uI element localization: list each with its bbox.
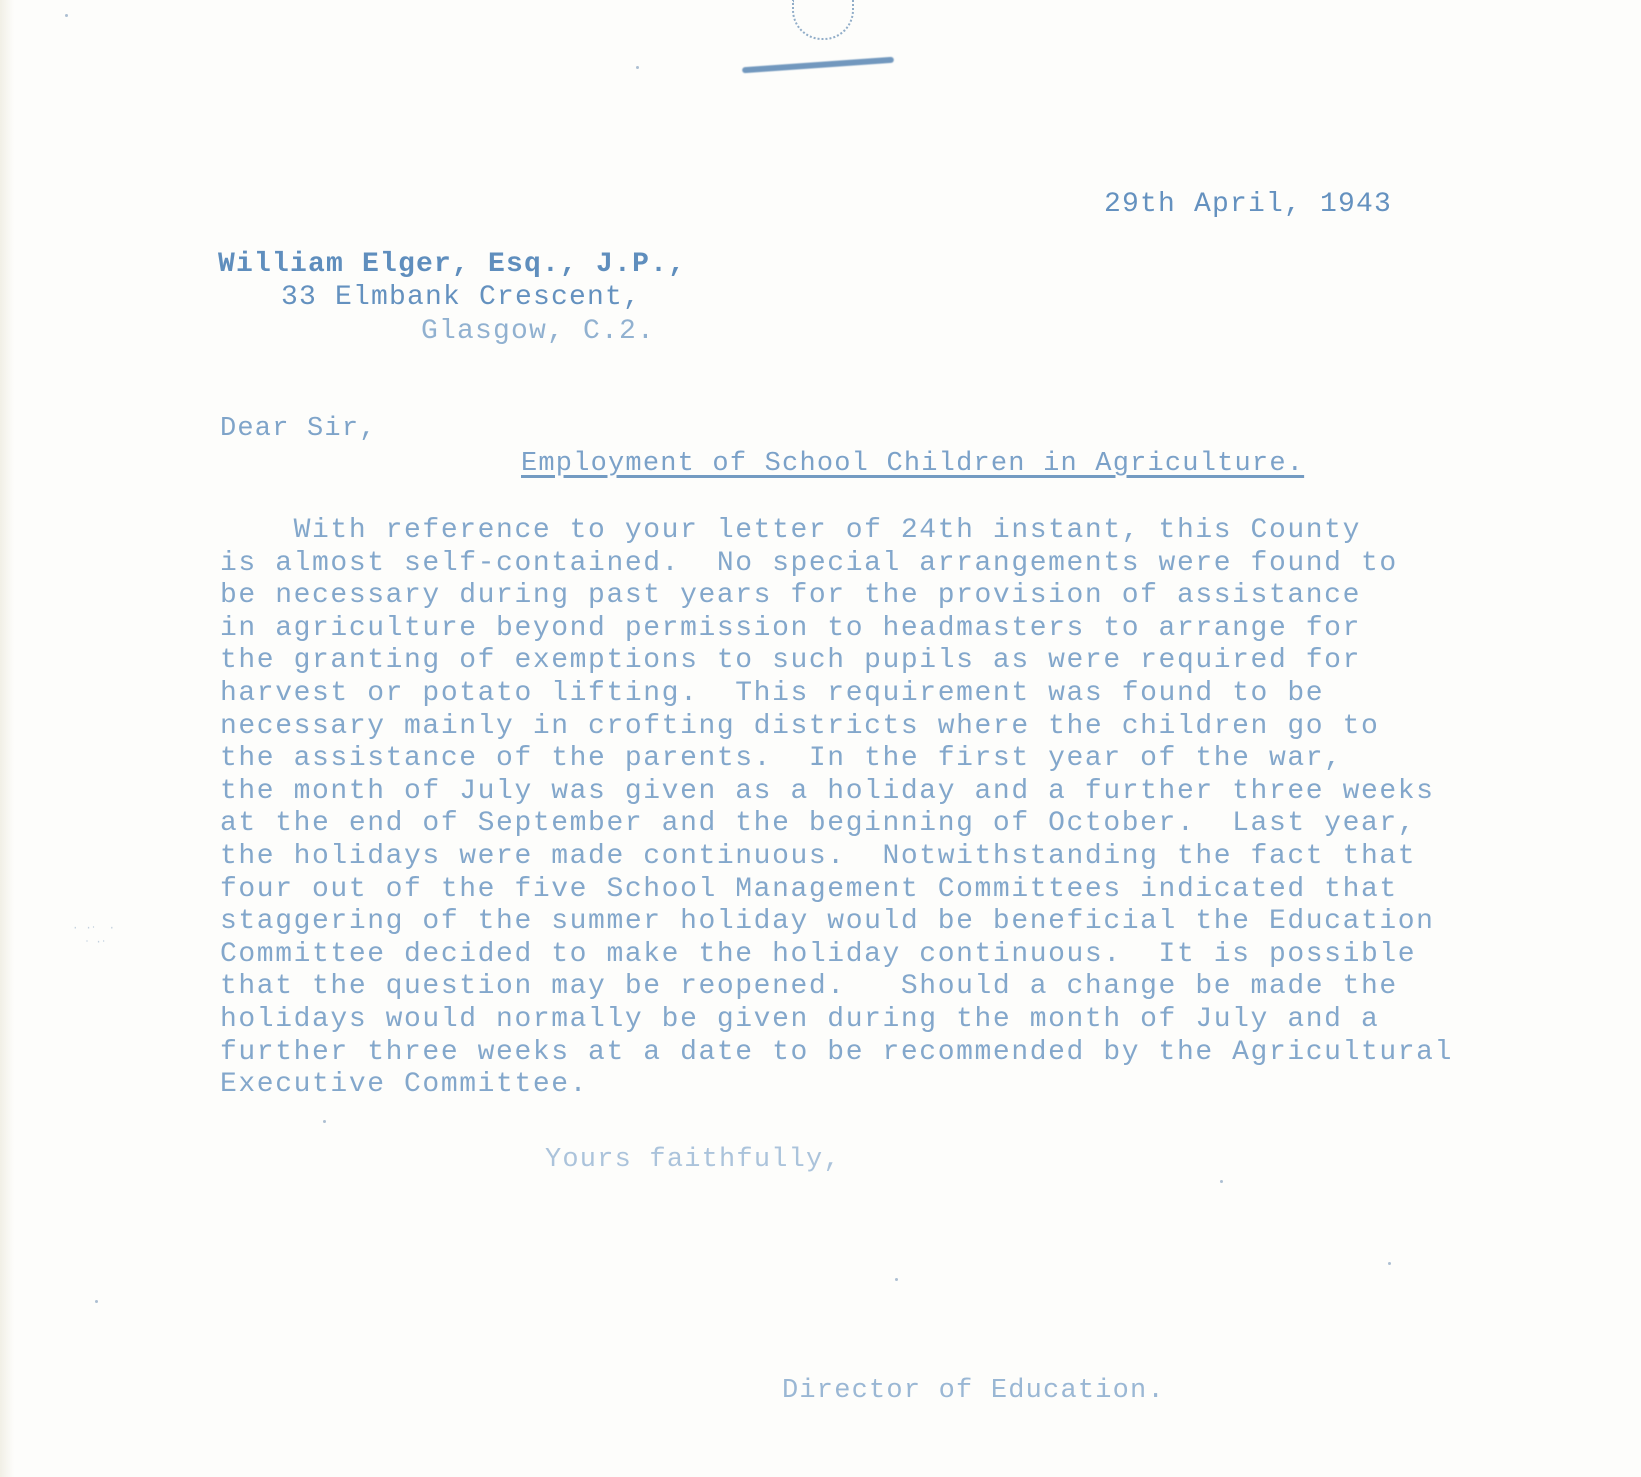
paper-edge	[0, 0, 14, 1477]
letter-body: With reference to your letter of 24th in…	[220, 515, 1550, 1102]
body-line: be necessary during past years for the p…	[220, 580, 1550, 613]
signature-title: Director of Education.	[782, 1378, 1165, 1405]
body-line: four out of the five School Management C…	[220, 874, 1550, 907]
body-line: the month of July was given as a holiday…	[220, 776, 1550, 809]
recipient-name: William Elger, Esq., J.P.,	[218, 251, 686, 279]
ink-speck	[65, 14, 68, 17]
ink-stamp-circle	[792, 0, 854, 40]
recipient-street: 33 Elmbank Crescent,	[281, 284, 641, 312]
ink-speck	[895, 1278, 898, 1281]
salutation: Dear Sir,	[220, 416, 377, 443]
body-line: at the end of September and the beginnin…	[220, 808, 1550, 841]
body-line: staggering of the summer holiday would b…	[220, 906, 1550, 939]
body-line: is almost self-contained. No special arr…	[220, 548, 1550, 581]
body-line: that the question may be reopened. Shoul…	[220, 971, 1550, 1004]
subject-heading: Employment of School Children in Agricul…	[521, 451, 1304, 478]
body-line: holidays would normally be given during …	[220, 1004, 1550, 1037]
recipient-city: Glasgow, C.2.	[421, 318, 655, 346]
body-line: the assistance of the parents. In the fi…	[220, 743, 1550, 776]
body-line: the granting of exemptions to such pupil…	[220, 645, 1550, 678]
ink-speck	[636, 66, 639, 69]
letter-date: 29th April, 1943	[1104, 191, 1392, 219]
body-line: With reference to your letter of 24th in…	[220, 515, 1550, 548]
body-line: the holidays were made continuous. Notwi…	[220, 841, 1550, 874]
body-line: in agriculture beyond permission to head…	[220, 613, 1550, 646]
body-line: Committee decided to make the holiday co…	[220, 939, 1550, 972]
ink-speck	[323, 1120, 326, 1123]
body-line: Executive Committee.	[220, 1069, 1550, 1102]
body-line: further three weeks at a date to be reco…	[220, 1037, 1550, 1070]
ink-speck	[95, 1300, 98, 1303]
margin-annotation: · ·‧ · ‧ ·‧	[72, 922, 115, 951]
body-line: harvest or potato lifting. This requirem…	[220, 678, 1550, 711]
closing: Yours faithfully,	[545, 1147, 841, 1174]
body-line: necessary mainly in crofting districts w…	[220, 711, 1550, 744]
ink-speck	[1388, 1262, 1391, 1265]
ink-stamp-stroke	[742, 57, 894, 74]
ink-speck	[1220, 1180, 1223, 1183]
